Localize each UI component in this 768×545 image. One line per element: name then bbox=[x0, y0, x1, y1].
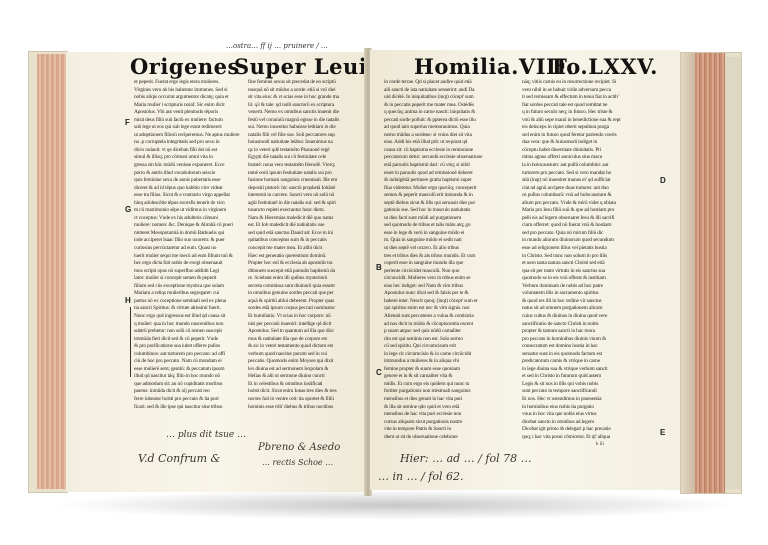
running-head-folio: Fo.LXXV. bbox=[552, 54, 658, 79]
right-page-column-1: in corde terrae. Qd si placet audire qui… bbox=[384, 79, 514, 439]
margin-letter-c: C bbox=[376, 368, 382, 377]
red-stained-edge-right bbox=[695, 53, 725, 493]
right-fore-edge bbox=[680, 52, 742, 494]
handwritten-inscription-4: … rectis Schoe … bbox=[262, 458, 333, 467]
left-page-column-2: fine feminei sexus sit precedat de eo sc… bbox=[248, 79, 356, 419]
running-head-author: Origenes bbox=[130, 54, 240, 79]
right-page-column-2: nāq; vitiis carnis eu in resurrectione r… bbox=[522, 79, 654, 439]
left-page: …ostra… ff ij … pruinere / … Origenes Su… bbox=[66, 52, 366, 492]
handwritten-inscription-2: V.d Confrum & bbox=[138, 452, 220, 465]
margin-letter-g: G bbox=[125, 205, 131, 214]
red-stained-edge-left bbox=[37, 54, 67, 489]
top-annotation: …ostra… ff ij … pruinere / … bbox=[226, 42, 328, 50]
open-book: …ostra… ff ij … pruinere / … Origenes Su… bbox=[0, 0, 768, 545]
handwritten-inscription-1: … plus dit tsue … bbox=[166, 430, 246, 440]
margin-bracket bbox=[130, 307, 131, 377]
margin-letter-h: H bbox=[125, 296, 131, 305]
left-fore-edge bbox=[28, 51, 68, 493]
margin-letter-d: D bbox=[660, 176, 666, 185]
margin-letter-f: F bbox=[125, 118, 130, 127]
page-stack-shade bbox=[681, 53, 695, 493]
handwritten-note-1: Hier: … ad … / fol 78 … bbox=[400, 452, 532, 465]
signature-mark: k iii bbox=[580, 442, 620, 447]
left-page-column-1: et peperit. Fuerat ergo legis etera muli… bbox=[134, 79, 242, 419]
margin-letter-e: E bbox=[660, 428, 665, 437]
handwritten-inscription-3: Pbreno & Asedo bbox=[258, 442, 340, 453]
vellum-cover-edge bbox=[725, 57, 741, 489]
margin-letter-b: B bbox=[376, 263, 382, 272]
right-page: Homilia.VIII. Fo.LXXV. B C D E in corde … bbox=[370, 50, 680, 490]
handwritten-note-2: … in … / fol 62. bbox=[378, 470, 464, 483]
running-head-homily: Homilia.VIII. bbox=[414, 54, 575, 79]
